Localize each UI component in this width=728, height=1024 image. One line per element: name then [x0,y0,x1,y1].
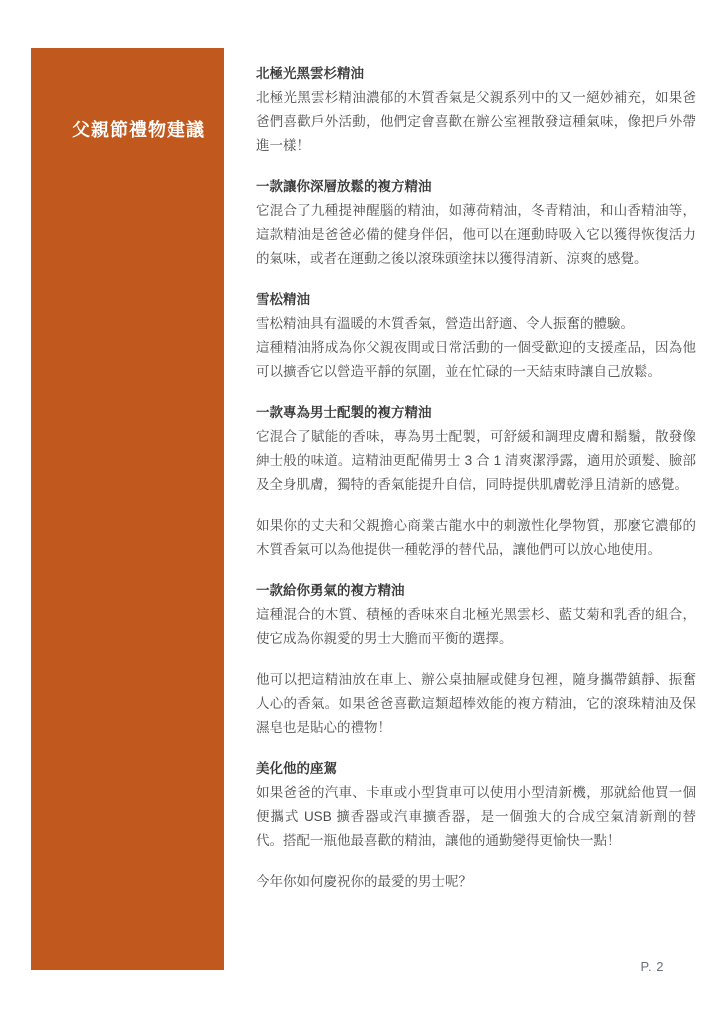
section-aurora-black-spruce: 北極光黑雲杉精油 北極光黑雲杉精油濃郁的木質香氣是父親系列中的又一絕妙補充，如果… [256,62,696,158]
document-page: 父親節禮物建議 北極光黑雲杉精油 北極光黑雲杉精油濃郁的木質香氣是父親系列中的又… [0,0,728,1024]
section-heading: 美化他的座駕 [256,757,696,781]
page-number: P. 2 [641,959,664,974]
paragraph: 今年你如何慶祝你的最愛的男士呢？ [256,870,696,894]
sidebar-title: 父親節禮物建議 [31,48,224,141]
section-heading: 一款給你勇氣的複方精油 [256,579,696,603]
content-column: 北極光黑雲杉精油 北極光黑雲杉精油濃郁的木質香氣是父親系列中的又一絕妙補充，如果… [256,62,696,911]
section-heading: 一款讓你深層放鬆的複方精油 [256,175,696,199]
section-mens-blend: 一款專為男士配製的複方精油 它混合了賦能的香味，專為男士配製，可舒緩和調理皮膚和… [256,401,696,497]
paragraph-portable-use: 他可以把這精油放在車上、辦公桌抽屜或健身包裡，隨身攜帶鎮靜、振奮人心的香氣。如果… [256,668,696,740]
paragraph: 這種精油將成為你父親夜間或日常活動的一個受歡迎的支援產品，因為他可以擴香它以營造… [256,336,696,384]
paragraph: 如果爸爸的汽車、卡車或小型貨車可以使用小型清新機，那就給他買一個便攜式 USB … [256,781,696,853]
section-cedarwood-oil: 雪松精油 雪松精油具有溫暖的木質香氣，營造出舒適、令人振奮的體驗。 這種精油將成… [256,288,696,384]
paragraph-closing-question: 今年你如何慶祝你的最愛的男士呢？ [256,870,696,894]
sidebar: 父親節禮物建議 [31,48,224,970]
section-heading: 一款專為男士配製的複方精油 [256,401,696,425]
paragraph-cologne-alternative: 如果你的丈夫和父親擔心商業古龍水中的刺激性化學物質，那麼它濃郁的木質香氣可以為他… [256,514,696,562]
section-deep-relief-blend: 一款讓你深層放鬆的複方精油 它混合了九種提神醒腦的精油，如薄荷精油，冬青精油，和… [256,175,696,271]
section-upgrade-his-ride: 美化他的座駕 如果爸爸的汽車、卡車或小型貨車可以使用小型清新機，那就給他買一個便… [256,757,696,853]
paragraph: 它混合了九種提神醒腦的精油，如薄荷精油，冬青精油，和山香精油等，這款精油是爸爸必… [256,199,696,271]
section-courage-blend: 一款給你勇氣的複方精油 這種混合的木質、積極的香味來自北極光黑雲杉、藍艾菊和乳香… [256,579,696,651]
paragraph: 北極光黑雲杉精油濃郁的木質香氣是父親系列中的又一絕妙補充，如果爸爸們喜歡戶外活動… [256,86,696,158]
paragraph: 如果你的丈夫和父親擔心商業古龍水中的刺激性化學物質，那麼它濃郁的木質香氣可以為他… [256,514,696,562]
paragraph: 雪松精油具有溫暖的木質香氣，營造出舒適、令人振奮的體驗。 [256,312,696,336]
section-heading: 北極光黑雲杉精油 [256,62,696,86]
paragraph: 這種混合的木質、積極的香味來自北極光黑雲杉、藍艾菊和乳香的組合，使它成為你親愛的… [256,603,696,651]
section-heading: 雪松精油 [256,288,696,312]
paragraph: 它混合了賦能的香味，專為男士配製，可舒緩和調理皮膚和鬍鬚，散發像紳士般的味道。這… [256,425,696,497]
paragraph: 他可以把這精油放在車上、辦公桌抽屜或健身包裡，隨身攜帶鎮靜、振奮人心的香氣。如果… [256,668,696,740]
